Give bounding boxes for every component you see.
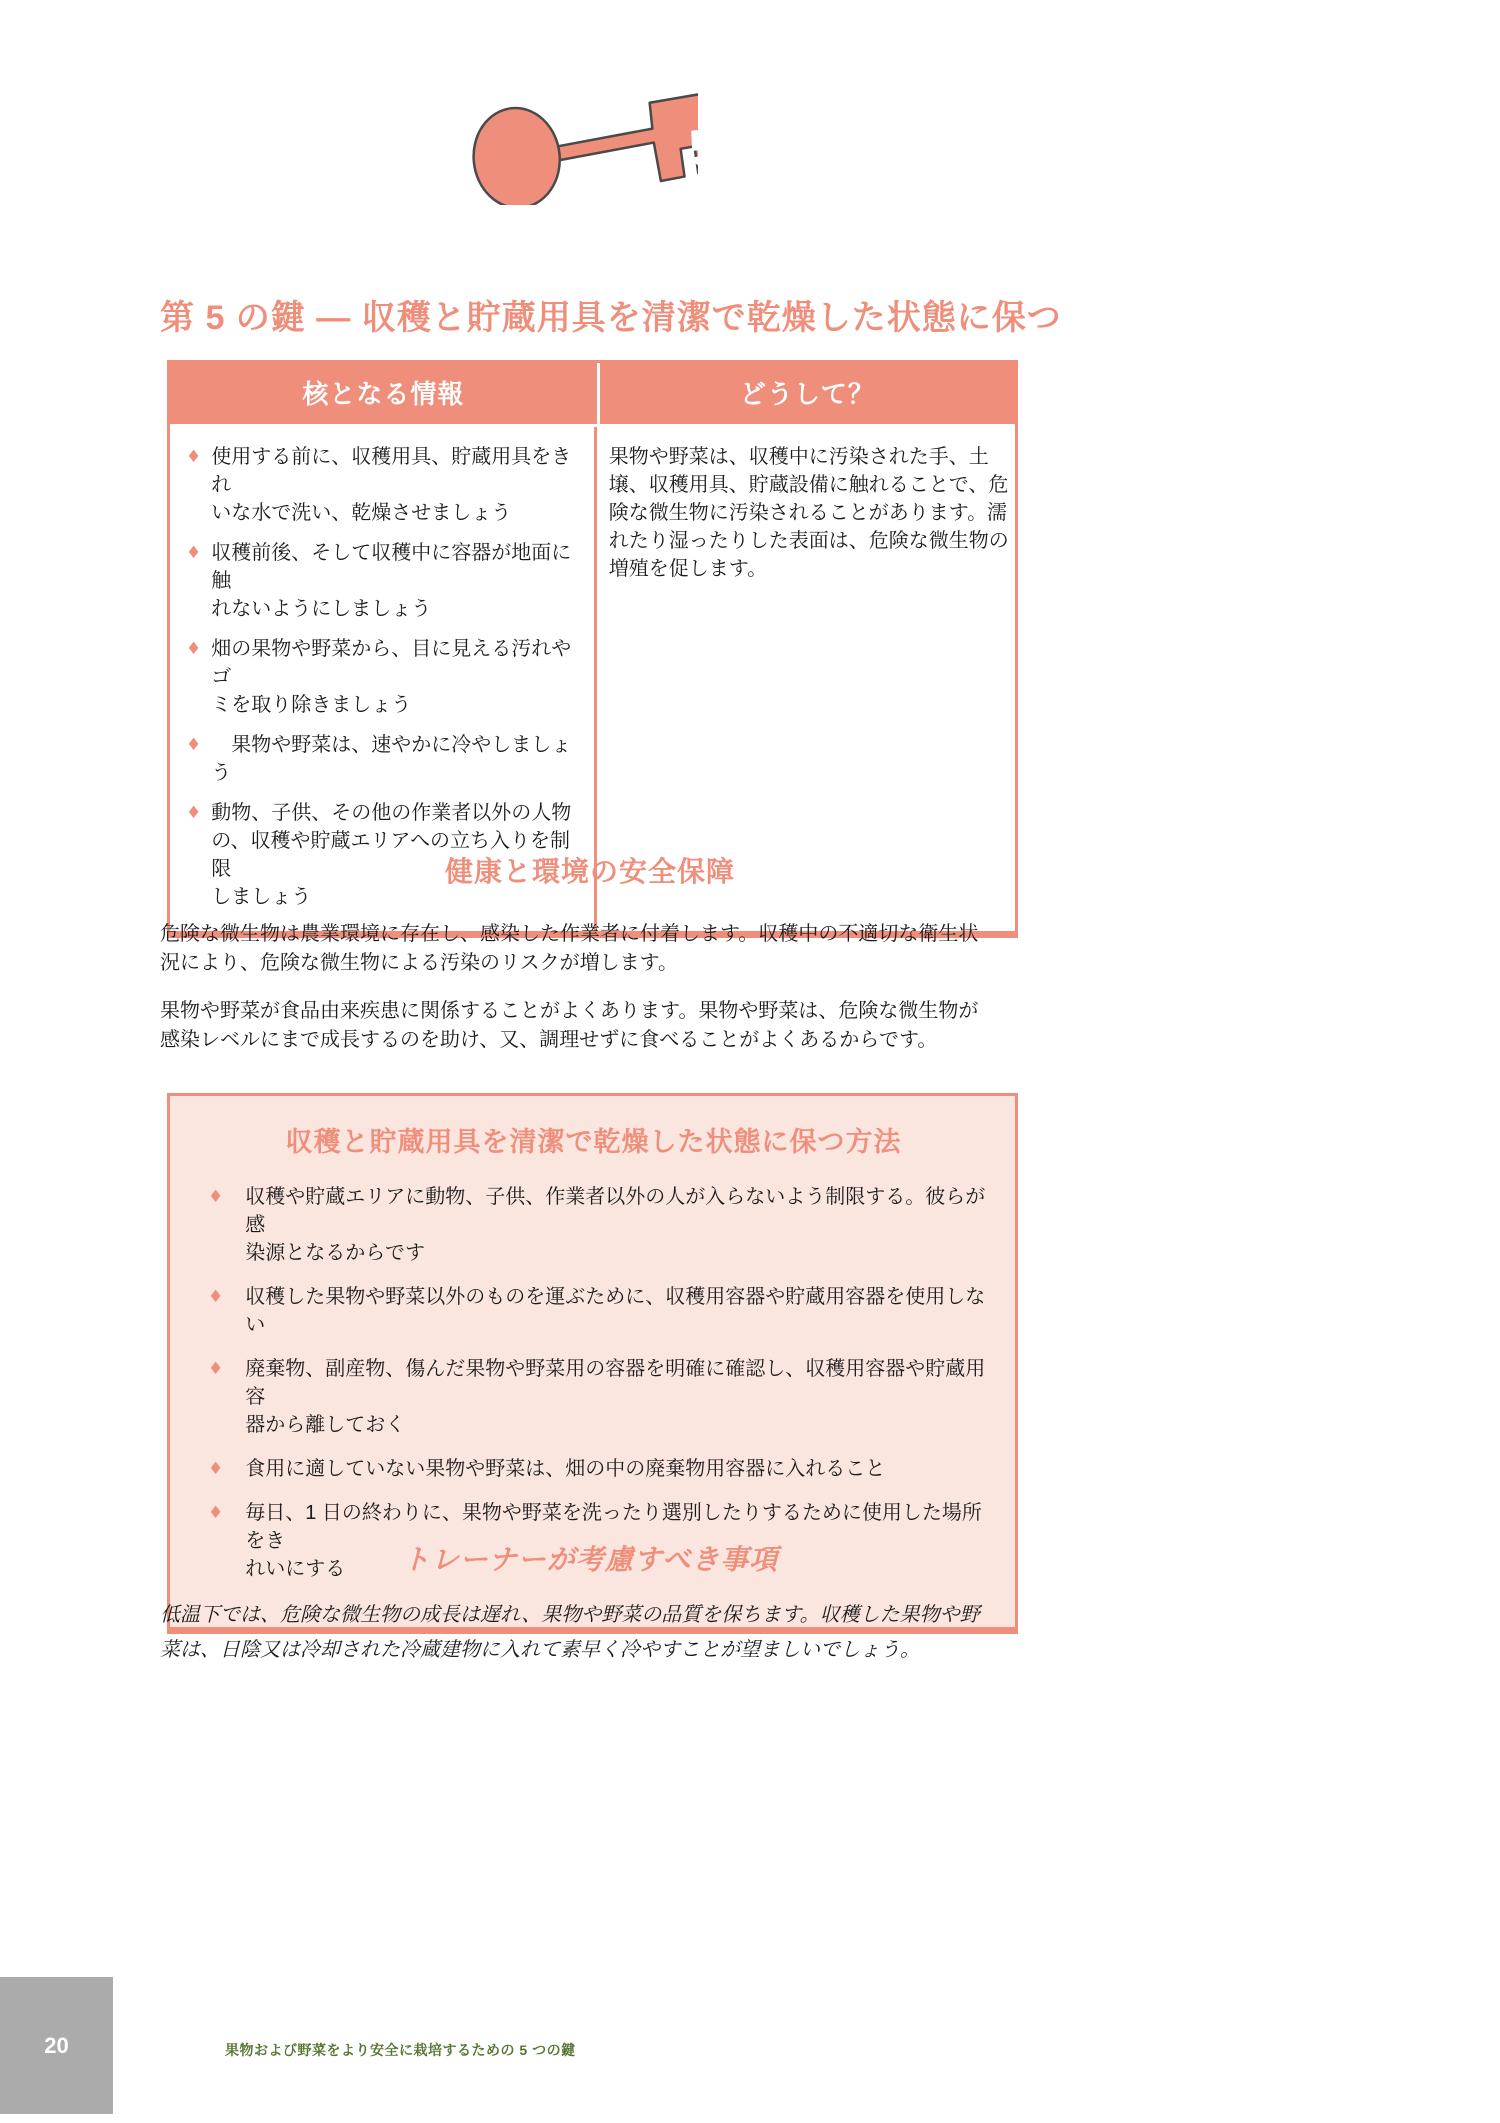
list-item-text: 果物や野菜は、速やかに冷やしましょう: [211, 731, 587, 787]
trainer-section-heading: トレーナーが考慮すべき事項: [160, 1538, 1020, 1578]
how-to-box-title: 収穫と貯蔵用具を清潔で乾燥した状態に保つ方法: [194, 1120, 993, 1159]
list-item-text: 使用する前に、収穫用具、貯蔵用具をきれ いな水で洗い、乾燥させましょう: [211, 443, 587, 527]
core-info-header: 核となる情報: [170, 363, 597, 424]
why-header: どうして？: [600, 363, 1015, 424]
list-item: ♦ 使用する前に、収穫用具、貯蔵用具をきれ いな水で洗い、乾燥させましょう: [182, 443, 588, 527]
health-section-heading: 健康と環境の安全保障: [160, 850, 1020, 890]
list-item: ♦ 食用に適していない果物や野菜は、畑の中の廃棄物用容器に入れること: [194, 1455, 993, 1483]
key-5-icon: 5: [468, 90, 698, 205]
list-item-text: 畑の果物や野菜から、目に見える汚れやゴ ミを取り除きましょう: [211, 635, 587, 719]
diamond-bullet-icon: ♦: [208, 1183, 223, 1267]
document-page: 5 第 5 の鍵 — 収穫と貯蔵用具を清潔で乾燥した状態に保つ 核となる情報 ど…: [0, 0, 1500, 2123]
diamond-bullet-icon: ♦: [208, 1283, 223, 1339]
diamond-bullet-icon: ♦: [186, 539, 201, 623]
diamond-bullet-icon: ♦: [208, 1455, 223, 1483]
list-item: ♦ 収穫した果物や野菜以外のものを運ぶために、収穫用容器や貯蔵用容器を使用しない: [194, 1283, 993, 1339]
health-paragraph-2: 果物や野菜が食品由来疾患に関係することがよくあります。果物や野菜は、危険な微生物…: [160, 997, 1030, 1055]
list-item: ♦ 収穫前後、そして収穫中に容器が地面に触 れないようにしましょう: [182, 539, 588, 623]
list-item-text: 廃棄物、副産物、傷んだ果物や野菜用の容器を明確に確認し、収穫用容器や貯蔵用容 器…: [245, 1355, 993, 1439]
page-number: 20: [44, 2033, 68, 2059]
list-item: ♦ 廃棄物、副産物、傷んだ果物や野菜用の容器を明確に確認し、収穫用容器や貯蔵用容…: [194, 1355, 993, 1439]
trainer-paragraph: 低温下では、危険な微生物の成長は遅れ、果物や野菜の品質を保ちます。収穫した果物や…: [160, 1598, 1040, 1668]
list-item-text: 食用に適していない果物や野菜は、畑の中の廃棄物用容器に入れること: [245, 1455, 993, 1483]
page-title: 第 5 の鍵 — 収穫と貯蔵用具を清潔で乾燥した状態に保つ: [160, 290, 1160, 339]
table-header-row: 核となる情報 どうして？: [170, 363, 1015, 427]
key-5-graphic: 5: [468, 90, 698, 205]
footer-doc-title: 果物および野菜をより安全に栽培するための 5 つの鍵: [225, 2040, 576, 2060]
why-text: 果物や野菜は、収穫中に汚染された手、土 壌、収穫用具、貯蔵設備に触れることで、危…: [609, 443, 1009, 583]
page-number-box: 20: [0, 1977, 113, 2114]
list-item: ♦ 果物や野菜は、速やかに冷やしましょう: [182, 731, 588, 787]
list-item-text: 収穫や貯蔵エリアに動物、子供、作業者以外の人が入らないよう制限する。彼らが感 染…: [245, 1183, 993, 1267]
list-item-text: 収穫前後、そして収穫中に容器が地面に触 れないようにしましょう: [211, 539, 587, 623]
diamond-bullet-icon: ♦: [186, 731, 201, 787]
list-item: ♦ 収穫や貯蔵エリアに動物、子供、作業者以外の人が入らないよう制限する。彼らが感…: [194, 1183, 993, 1267]
health-paragraph-1: 危険な微生物は農業環境に存在し、感染した作業者に付着します。収穫中の不適切な衛生…: [160, 920, 1030, 978]
diamond-bullet-icon: ♦: [186, 443, 201, 527]
list-item-text: 収穫した果物や野菜以外のものを運ぶために、収穫用容器や貯蔵用容器を使用しない: [245, 1283, 993, 1339]
diamond-bullet-icon: ♦: [208, 1355, 223, 1439]
diamond-bullet-icon: ♦: [186, 635, 201, 719]
list-item: ♦ 畑の果物や野菜から、目に見える汚れやゴ ミを取り除きましょう: [182, 635, 588, 719]
